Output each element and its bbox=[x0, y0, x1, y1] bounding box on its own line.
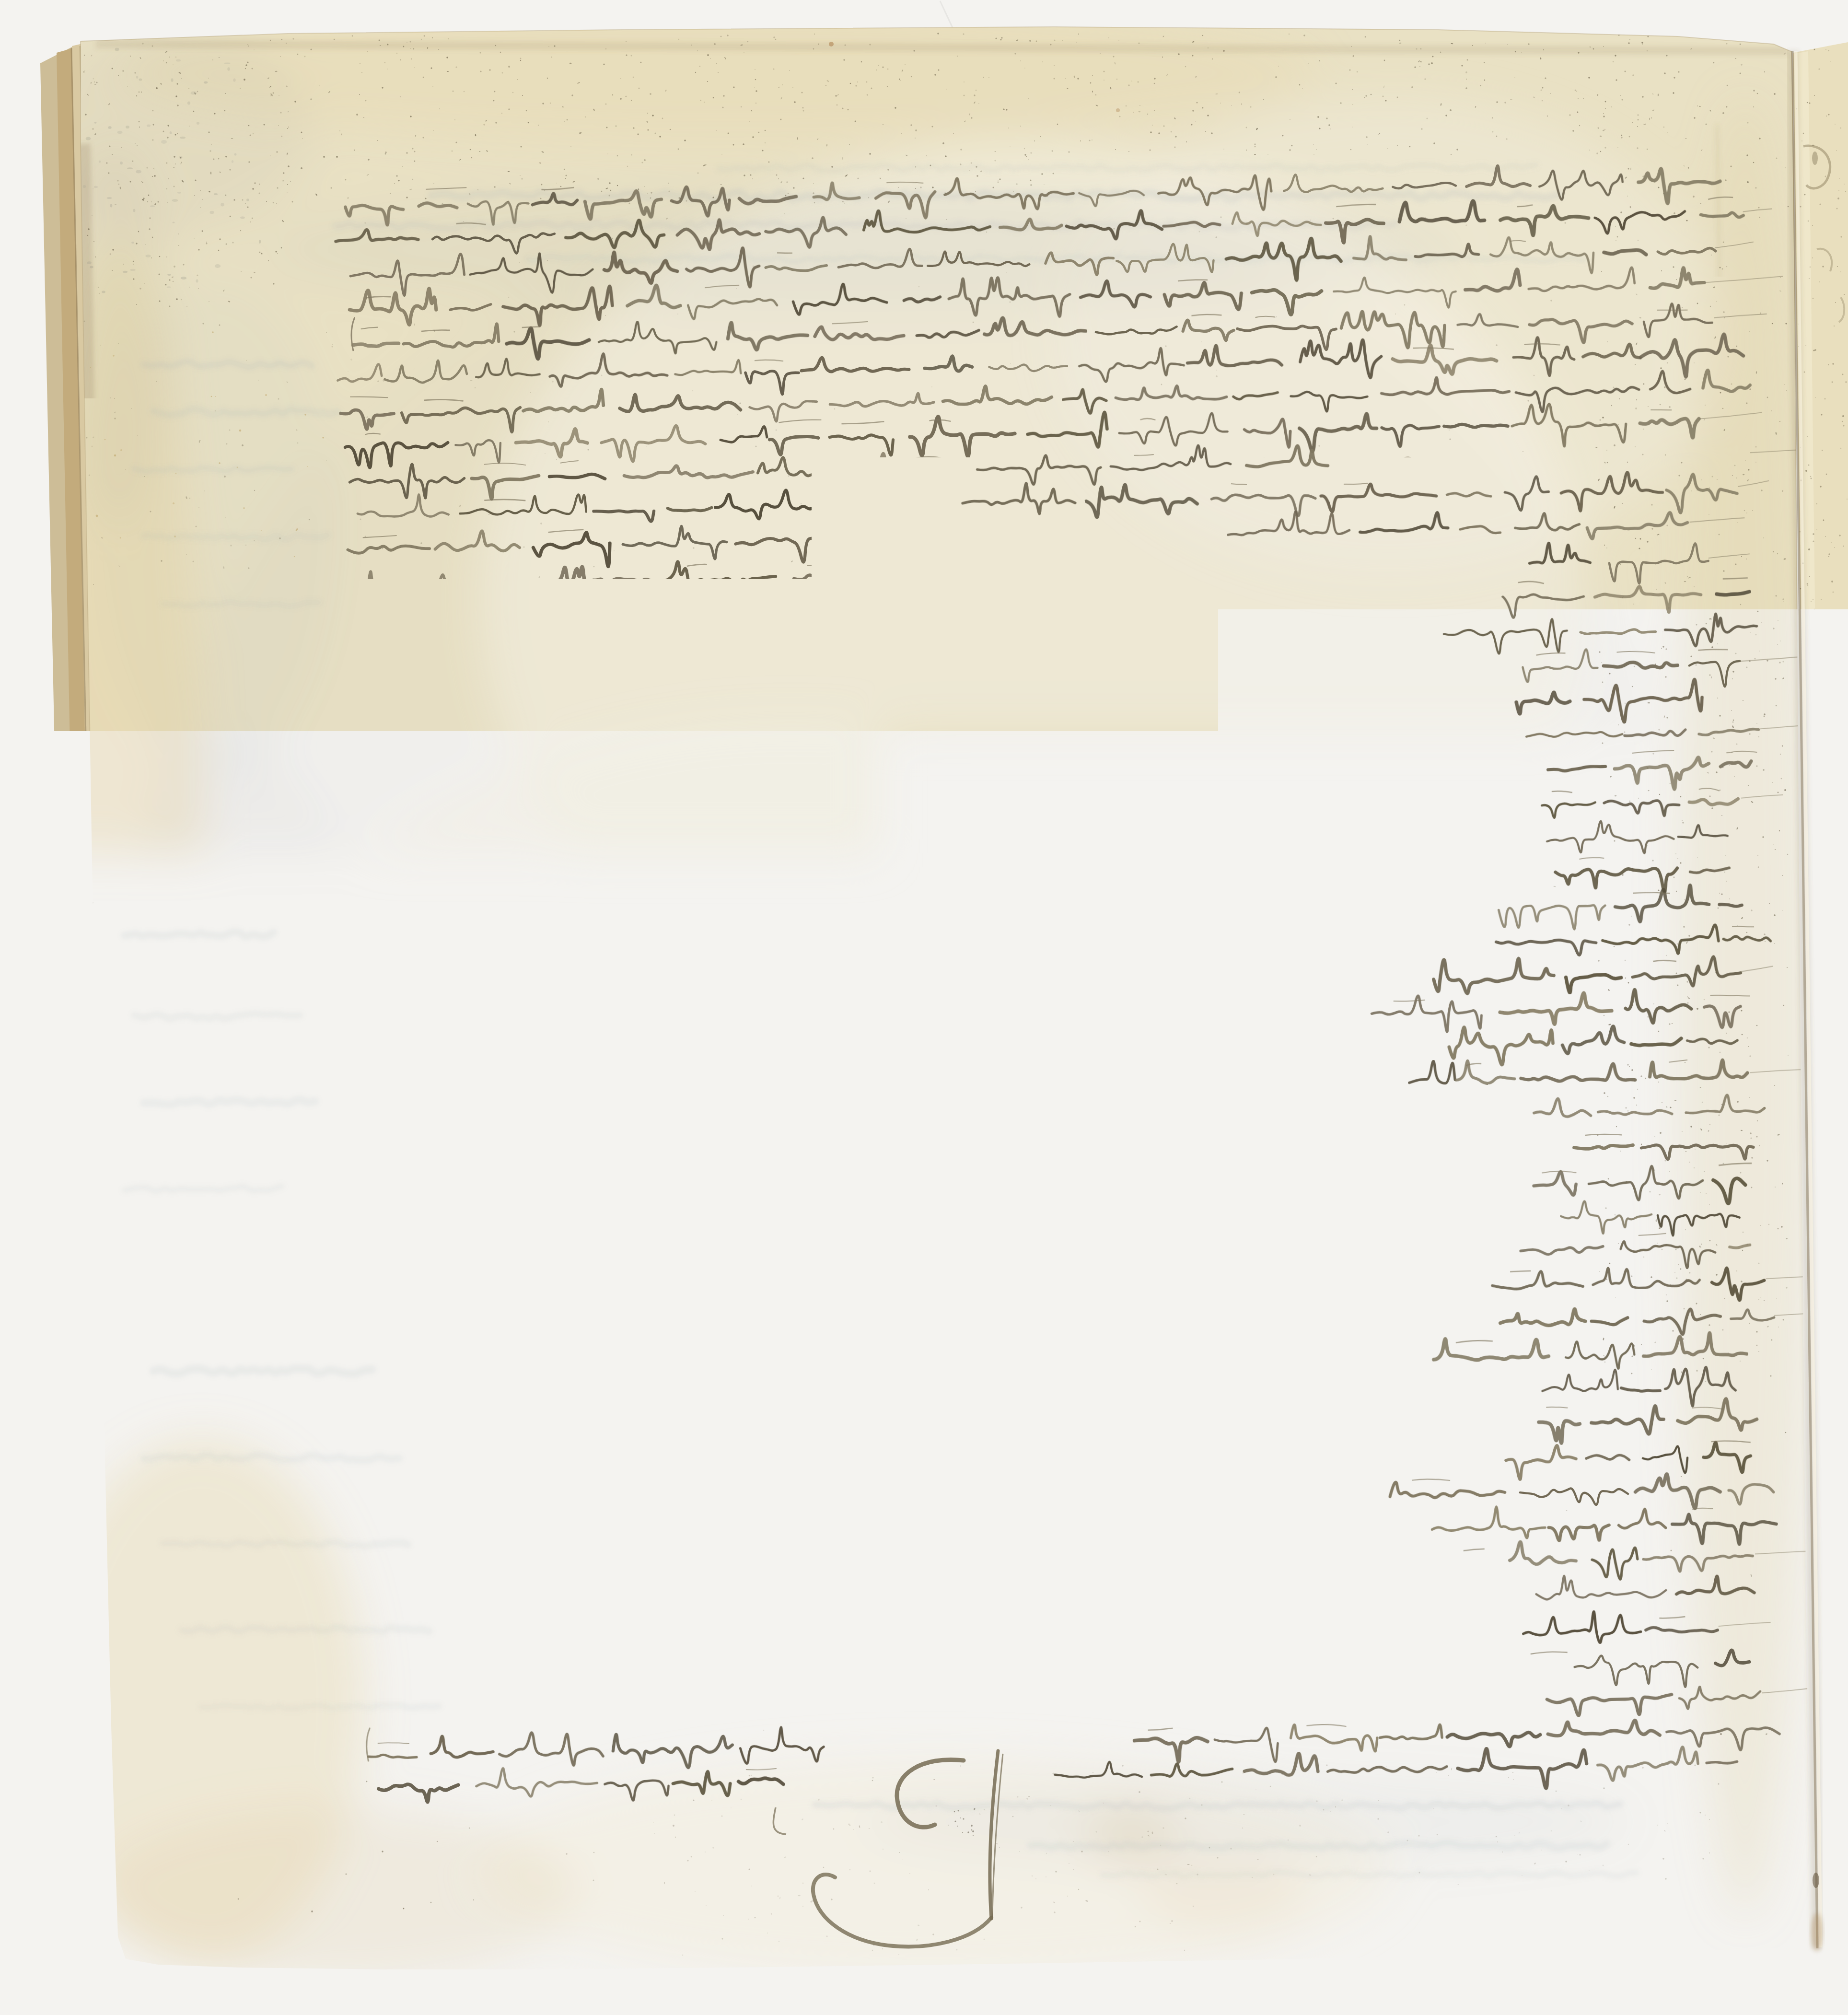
manuscript-page bbox=[24, 0, 1848, 1980]
manuscript-photo bbox=[0, 0, 1848, 2015]
